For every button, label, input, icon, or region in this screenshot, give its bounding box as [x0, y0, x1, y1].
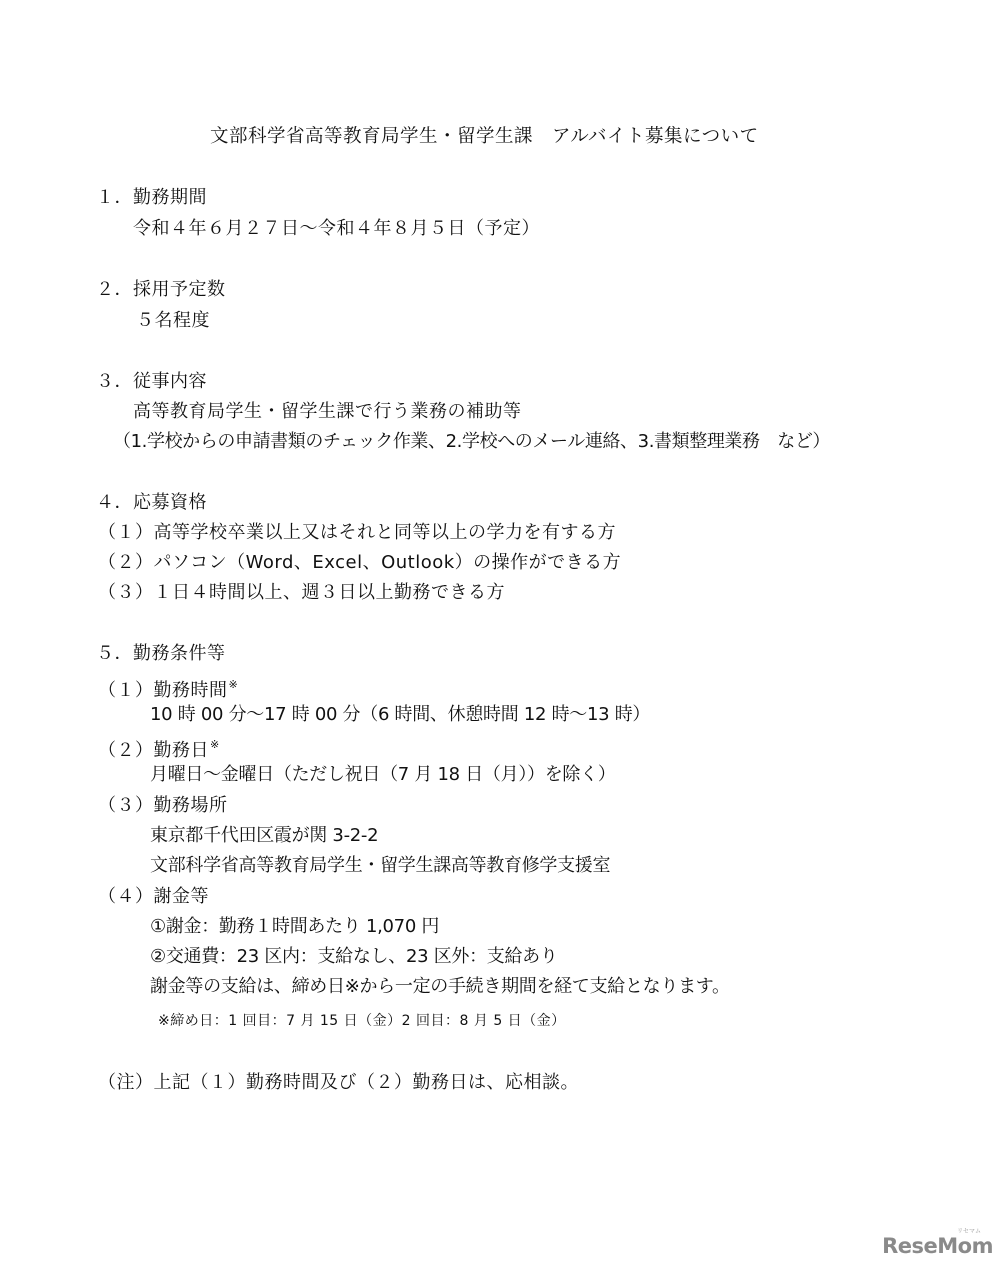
hourly-wage: ①謝金：勤務１時間あたり 1,070 円 — [150, 916, 439, 938]
transportation-fee: ②交通費：23 区内：支給なし、23 区外：支給あり — [150, 946, 558, 968]
work-location-address: 東京都千代田区霞が関 3-2-2 — [150, 825, 378, 847]
duties-summary: 高等教育局学生・留学生課で行う業務の補助等 — [133, 401, 522, 423]
asterisk-mark: ※ — [210, 738, 220, 751]
duties-detail: （1.学校からの申請書類のチェック作業、2.学校へのメール連絡、3.書類整理業務… — [113, 431, 830, 453]
working-hours-label-text: （１）勤務時間 — [98, 680, 228, 701]
document-title: 文部科学省高等教育局学生・留学生課 アルバイト募集について — [210, 126, 759, 148]
section-4-heading: ４．応募資格 — [96, 492, 207, 514]
work-period: 令和４年６月２７日～令和４年８月５日（予定） — [133, 218, 540, 240]
qualification-item: （３）１日４時間以上、週３日以上勤務できる方 — [98, 582, 505, 604]
payment-note: 謝金等の支給は、締め日※から一定の手続き期間を経て支給となります。 — [150, 976, 730, 998]
working-days-label-text: （２）勤務日 — [98, 740, 209, 761]
working-days: 月曜日～金曜日（ただし祝日（7 月 18 日（月））を除く） — [150, 764, 616, 786]
section-3-heading: ３．従事内容 — [96, 371, 207, 393]
asterisk-mark: ※ — [229, 678, 239, 691]
closing-date-footnote: ※締め日：1 回目：7 月 15 日（金）2 回目：8 月 5 日（金） — [158, 1012, 566, 1030]
consultation-note: （注）上記（１）勤務時間及び（２）勤務日は、応相談。 — [98, 1072, 579, 1094]
compensation-label: （４）謝金等 — [98, 886, 209, 908]
hiring-count: ５名程度 — [136, 310, 210, 332]
qualification-item: （２）パソコン（Word、Excel、Outlook）の操作ができる方 — [98, 552, 621, 574]
section-2-heading: ２．採用予定数 — [96, 279, 226, 301]
resemom-logo-text: ReseMom — [882, 1234, 993, 1258]
work-location-label: （３）勤務場所 — [98, 795, 228, 817]
working-hours-label: （１）勤務時間※ — [98, 674, 238, 702]
section-1-heading: １．勤務期間 — [96, 187, 207, 209]
resemom-logo: リセマム ReseMom — [882, 1234, 993, 1258]
working-hours: 10 時 00 分～17 時 00 分（6 時間、休憩時間 12 時～13 時） — [150, 704, 650, 726]
work-location-office: 文部科学省高等教育局学生・留学生課高等教育修学支援室 — [150, 855, 610, 877]
resemom-logo-kana: リセマム — [957, 1226, 981, 1235]
working-days-label: （２）勤務日※ — [98, 734, 220, 762]
qualification-item: （１）高等学校卒業以上又はそれと同等以上の学力を有する方 — [98, 522, 616, 544]
section-5-heading: ５．勤務条件等 — [96, 643, 226, 665]
